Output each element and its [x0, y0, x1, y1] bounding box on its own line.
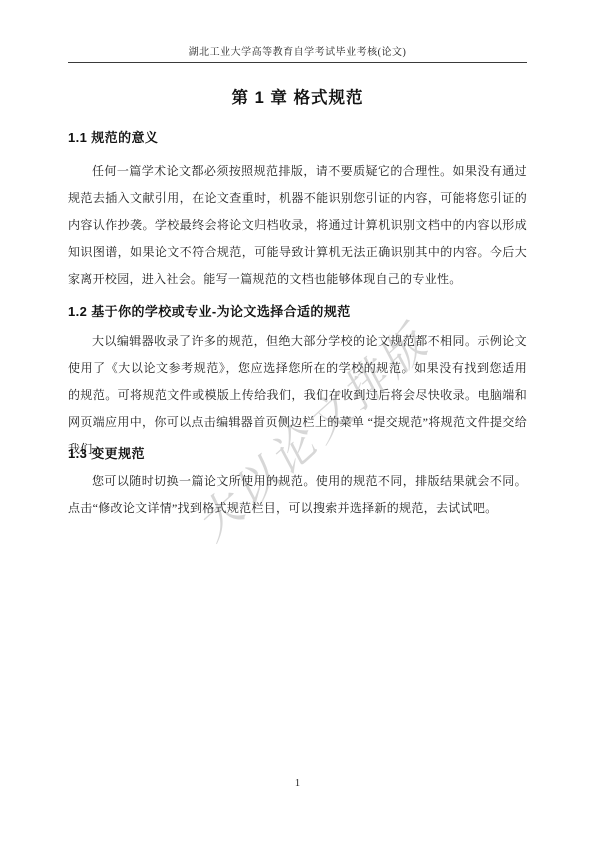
page-number: 1 [68, 778, 527, 789]
section-1-3-paragraph: 您可以随时切换一篇论文所使用的规范。使用的规范不同，排版结果就会不同。点击“修改… [68, 468, 527, 522]
chapter-title: 第 1 章 格式规范 [68, 84, 527, 108]
section-1-1-paragraph: 任何一篇学术论文都必须按照规范排版，请不要质疑它的合理性。如果没有通过规范去插入… [68, 158, 527, 293]
section-heading-1-1: 1.1 规范的意义 [68, 127, 527, 146]
running-header: 湖北工业大学高等教育自学考试毕业考核(论文) [68, 43, 527, 63]
section-heading-1-3: 1.3 变更规范 [68, 443, 527, 462]
section-heading-1-2: 1.2 基于你的学校或专业-为论文选择合适的规范 [68, 301, 527, 320]
document-page: 湖北工业大学高等教育自学考试毕业考核(论文) 第 1 章 格式规范 1.1 规范… [0, 0, 595, 842]
